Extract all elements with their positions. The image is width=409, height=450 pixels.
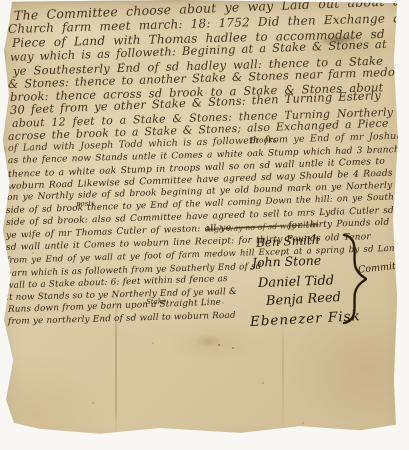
edge-stain <box>0 5 12 20</box>
interline-insert-posts: posts <box>76 199 95 208</box>
manuscript-paper: The Committee choose about ye way Laid o… <box>0 0 409 450</box>
paper-blot <box>194 334 222 348</box>
edge-stain <box>0 143 7 156</box>
paper-specks <box>0 0 2 2</box>
interline-insert-brooks: Brooks <box>250 135 277 145</box>
interline-insert-stake: Stake <box>146 297 166 306</box>
signature-benja-reed: Benja Reed <box>266 290 342 309</box>
edge-stain <box>0 47 7 66</box>
fold-crease-right <box>282 318 284 432</box>
scan-backdrop: The Committee choose about ye way Laid o… <box>0 0 409 450</box>
signature-john-stone: John Stone <box>252 253 322 270</box>
signature-daniel-tidd: Daniel Tidd <box>258 273 335 291</box>
committee-brace-icon <box>337 232 367 330</box>
